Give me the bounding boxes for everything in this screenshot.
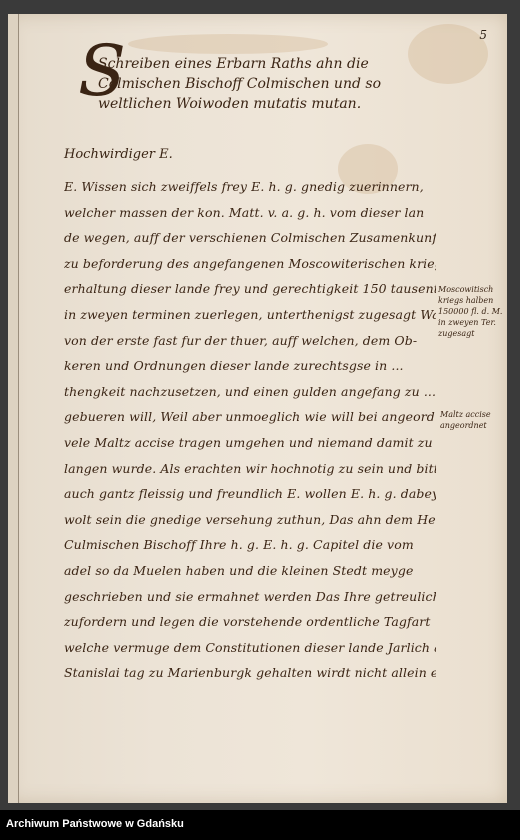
text-line: erhaltung dieser lande frey und gerechti… (64, 276, 436, 302)
text-line: in zweyen terminen zuerlegen, untertheni… (64, 302, 436, 328)
body-text: E. Wissen sich zweiffels frey E. h. g. g… (64, 174, 436, 686)
text-line: zu beforderung des angefangenen Moscowit… (64, 251, 436, 277)
margin-note: Moscowitisch kriegs halben 150000 fl. d.… (438, 284, 508, 339)
paper-stain (128, 34, 328, 54)
scan-area: 5 S Schreiben eines Erbarn Raths ahn die… (0, 0, 520, 810)
text-line: langen wurde. Als erachten wir hochnotig… (64, 456, 436, 482)
text-line: thengkeit nachzusetzen, und einen gulden… (64, 379, 436, 405)
text-line: wolt sein die gnedige versehung zuthun, … (64, 507, 436, 533)
text-line: E. Wissen sich zweiffels frey E. h. g. g… (64, 174, 436, 200)
text-line: auch gantz fleissig und freundlich E. wo… (64, 481, 436, 507)
archive-name: Archiwum Państwowe w Gdańsku (6, 818, 184, 830)
text-line: welcher massen der kon. Matt. v. a. g. h… (64, 200, 436, 226)
document-heading: Schreiben eines Erbarn Raths ahn die Col… (98, 54, 438, 114)
text-line: keren und Ordnungen dieser lande zurecht… (64, 353, 436, 379)
heading-line: Schreiben eines Erbarn Raths ahn die (98, 54, 438, 74)
text-line: adel so da Muelen haben und die kleinen … (64, 558, 436, 584)
text-line: Stanislai tag zu Marienburgk gehalten wi… (64, 660, 436, 686)
manuscript-page: 5 S Schreiben eines Erbarn Raths ahn die… (8, 14, 507, 803)
salutation: Hochwirdiger E. (64, 147, 173, 162)
text-line: welche vermuge dem Constitutionen dieser… (64, 635, 436, 661)
heading-line: Colmischen Bischoff Colmischen und so (98, 74, 438, 94)
text-line: von der erste fast fur der thuer, auff w… (64, 328, 436, 354)
page-number: 5 (479, 28, 487, 42)
text-line: de wegen, auff der verschienen Colmische… (64, 225, 436, 251)
text-line: vele Maltz accise tragen umgehen und nie… (64, 430, 436, 456)
text-line: gebueren will, Weil aber unmoeglich wie … (64, 404, 436, 430)
text-line: zufordern und legen die vorstehende orde… (64, 609, 436, 635)
heading-line: weltlichen Woiwoden mutatis mutan. (98, 94, 438, 114)
margin-note: Maltz accise angeordnet (440, 409, 510, 431)
text-line: geschrieben und sie ermahnet werden Das … (64, 584, 436, 610)
footer-bar: Archiwum Państwowe w Gdańsku (0, 810, 520, 840)
text-line: Culmischen Bischoff Ihre h. g. E. h. g. … (64, 532, 436, 558)
